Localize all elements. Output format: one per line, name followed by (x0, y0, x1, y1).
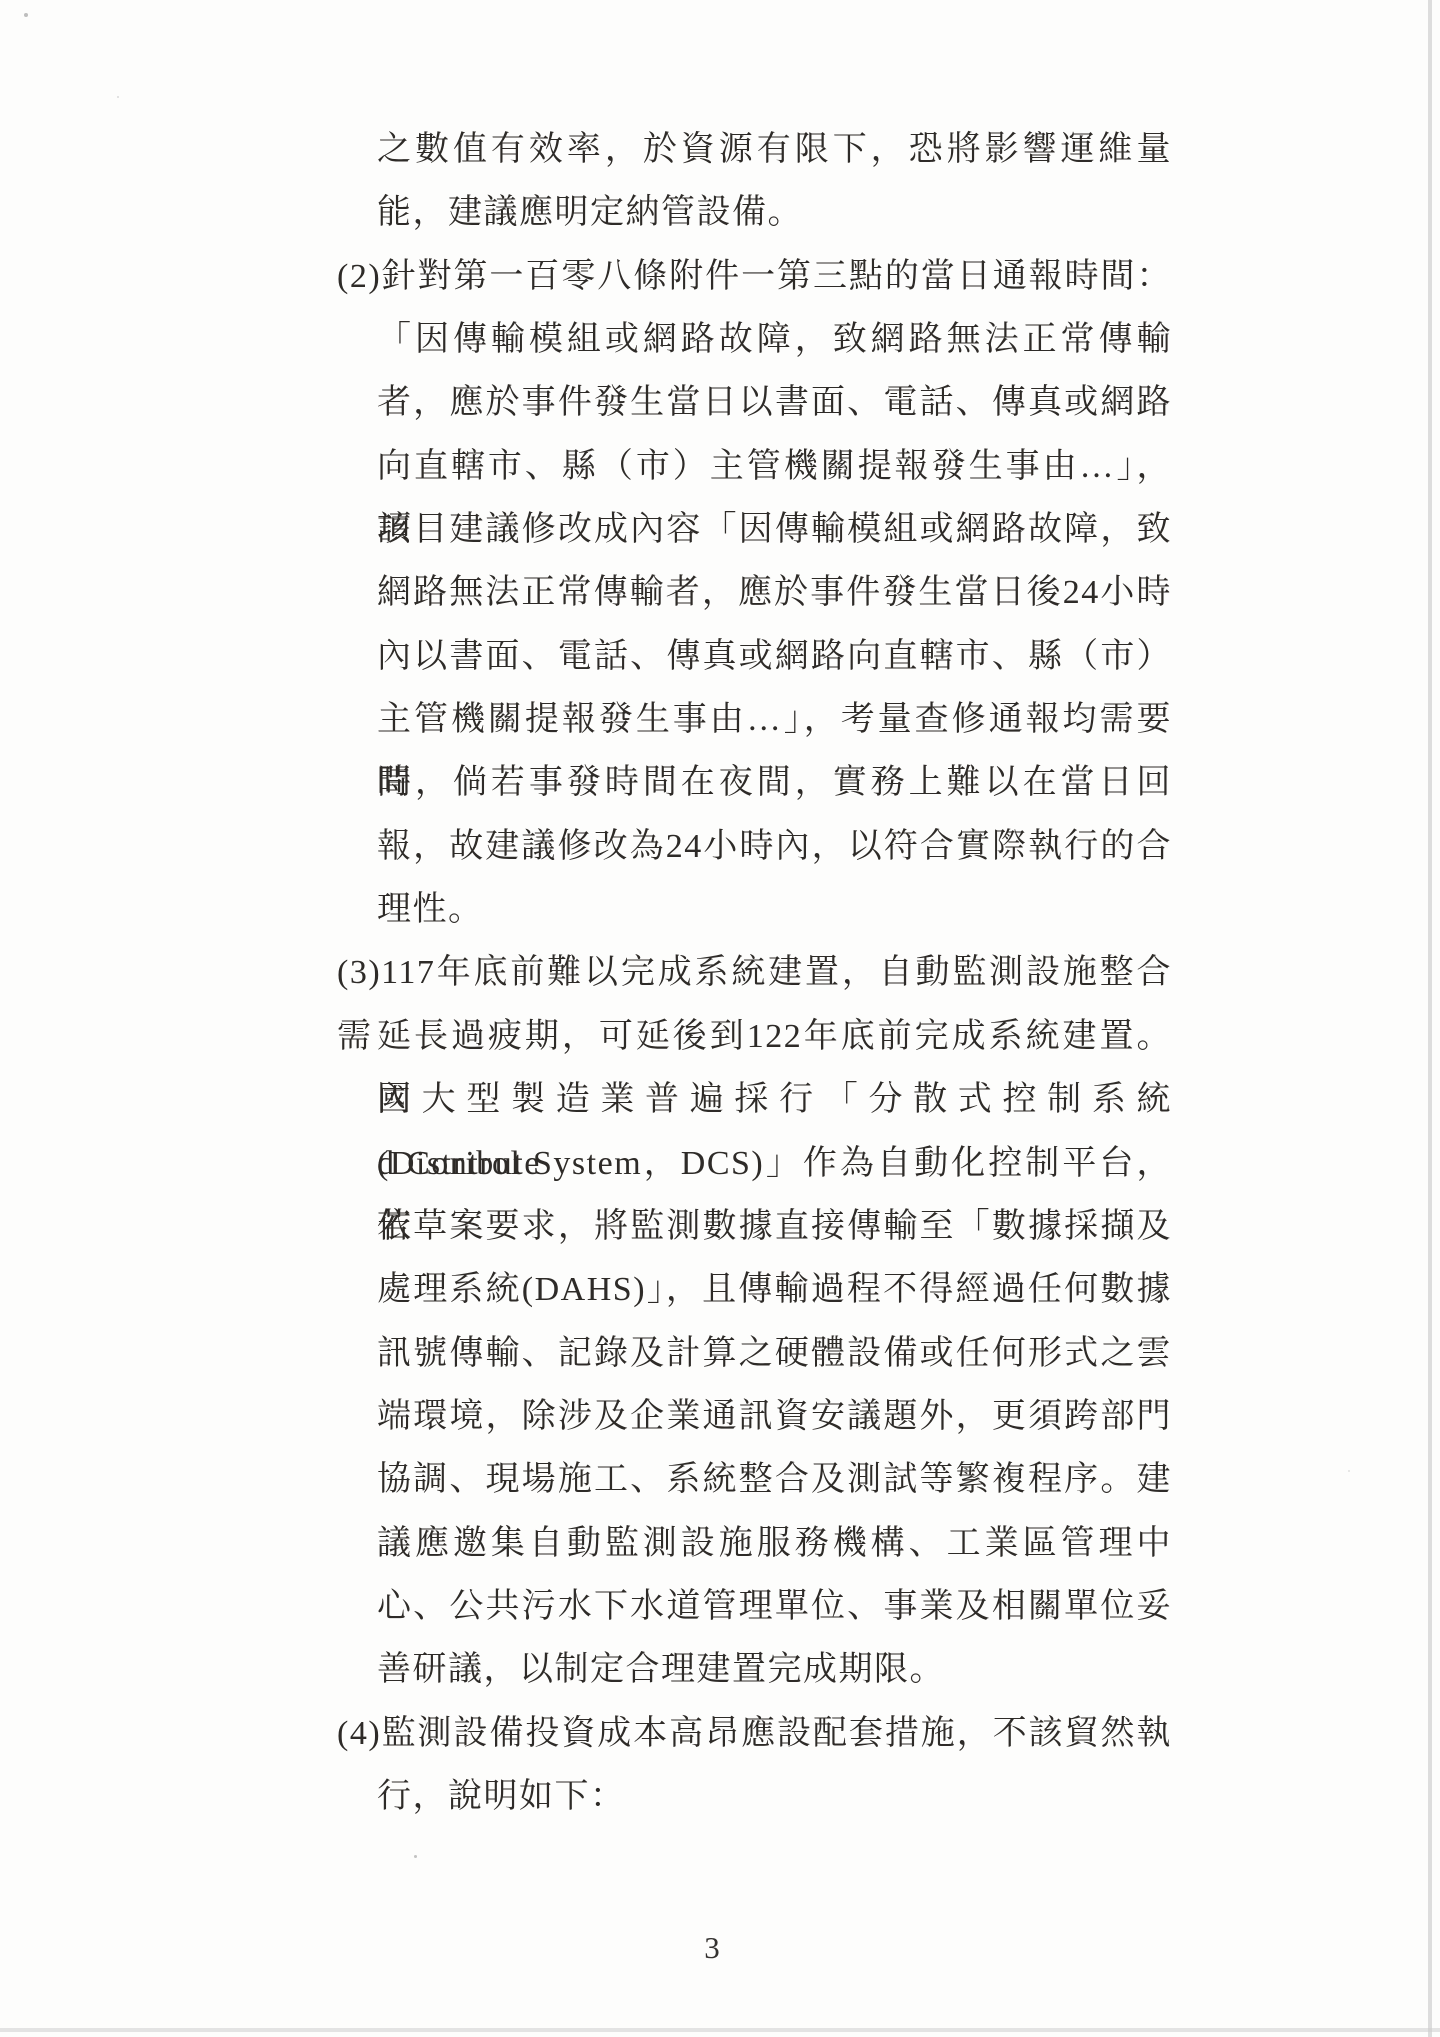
scan-speck (24, 13, 28, 17)
text-line: 理性。 (337, 878, 1172, 941)
scan-speck (414, 1855, 417, 1858)
text-line: 「因傳輸模組或網路故障，致網路無法正常傳輸 (337, 308, 1172, 371)
text-line: 訊號傳輸、記錄及計算之硬體設備或任何形式之雲 (337, 1322, 1172, 1385)
document-text-block: 之數值有效率，於資源有限下，恐將影響運維量能，建議應明定納管設備。(2)針對第一… (337, 118, 1172, 1828)
text-line: 內大型製造業普遍採行「分散式控制系統(Distribute (337, 1068, 1172, 1131)
text-line: (4)監測設備投資成本高昂應設配套措施，不該貿然執 (337, 1702, 1172, 1765)
text-line: 網路無法正常傳輸者，應於事件發生當日後24小時 (337, 561, 1172, 624)
text-line: 協調、現場施工、系統整合及測試等繁複程序。建 (337, 1448, 1172, 1511)
text-line: 善研議，以制定合理建置完成期限。 (337, 1638, 1172, 1701)
text-line: 內以書面、電話、傳真或網路向直轄市、縣（市） (337, 625, 1172, 688)
scanned-document-page: 之數值有效率，於資源有限下，恐將影響運維量能，建議應明定納管設備。(2)針對第一… (0, 0, 1440, 2037)
text-line: 議應邀集自動監測設施服務機構、工業區管理中 (337, 1512, 1172, 1575)
text-line: 延長過疲期，可延後到122年底前完成系統建置。國 (337, 1005, 1172, 1068)
text-line: 心、公共污水下水道管理單位、事業及相關單位妥 (337, 1575, 1172, 1638)
text-line: 行，說明如下： (337, 1765, 1172, 1828)
text-line: (2)針對第一百零八條附件一第三點的當日通報時間： (337, 245, 1172, 308)
page-number: 3 (0, 1930, 1432, 1966)
text-line: (3)117年底前難以完成系統建置，自動監測設施整合需 (337, 941, 1172, 1004)
text-line: 間，倘若事發時間在夜間，實務上難以在當日回 (337, 751, 1172, 814)
text-line: d Control System，DCS)」作為自動化控制平台，若 (337, 1132, 1172, 1195)
scan-edge-right (1428, 0, 1432, 2037)
text-line: 依草案要求，將監測數據直接傳輸至「數據採擷及 (337, 1195, 1172, 1258)
scan-speck (117, 96, 119, 98)
text-line: 主管機關提報發生事由…」，考量查修通報均需要時 (337, 688, 1172, 751)
text-line: 之數值有效率，於資源有限下，恐將影響運維量 (337, 118, 1172, 181)
text-line: 處理系統(DAHS)」，且傳輸過程不得經過任何數據 (337, 1258, 1172, 1321)
text-line: 能，建議應明定納管設備。 (337, 181, 1172, 244)
text-line: 者，應於事件發生當日以書面、電話、傳真或網路 (337, 371, 1172, 434)
text-line: 向直轄市、縣（市）主管機關提報發生事由…」，該 (337, 435, 1172, 498)
text-line: 項目建議修改成內容「因傳輸模組或網路故障，致 (337, 498, 1172, 561)
text-line: 端環境，除涉及企業通訊資安議題外，更須跨部門 (337, 1385, 1172, 1448)
text-line: 報，故建議修改為24小時內，以符合實際執行的合 (337, 815, 1172, 878)
scan-edge-bottom (0, 2028, 1440, 2032)
scan-speck (1348, 1470, 1350, 1472)
